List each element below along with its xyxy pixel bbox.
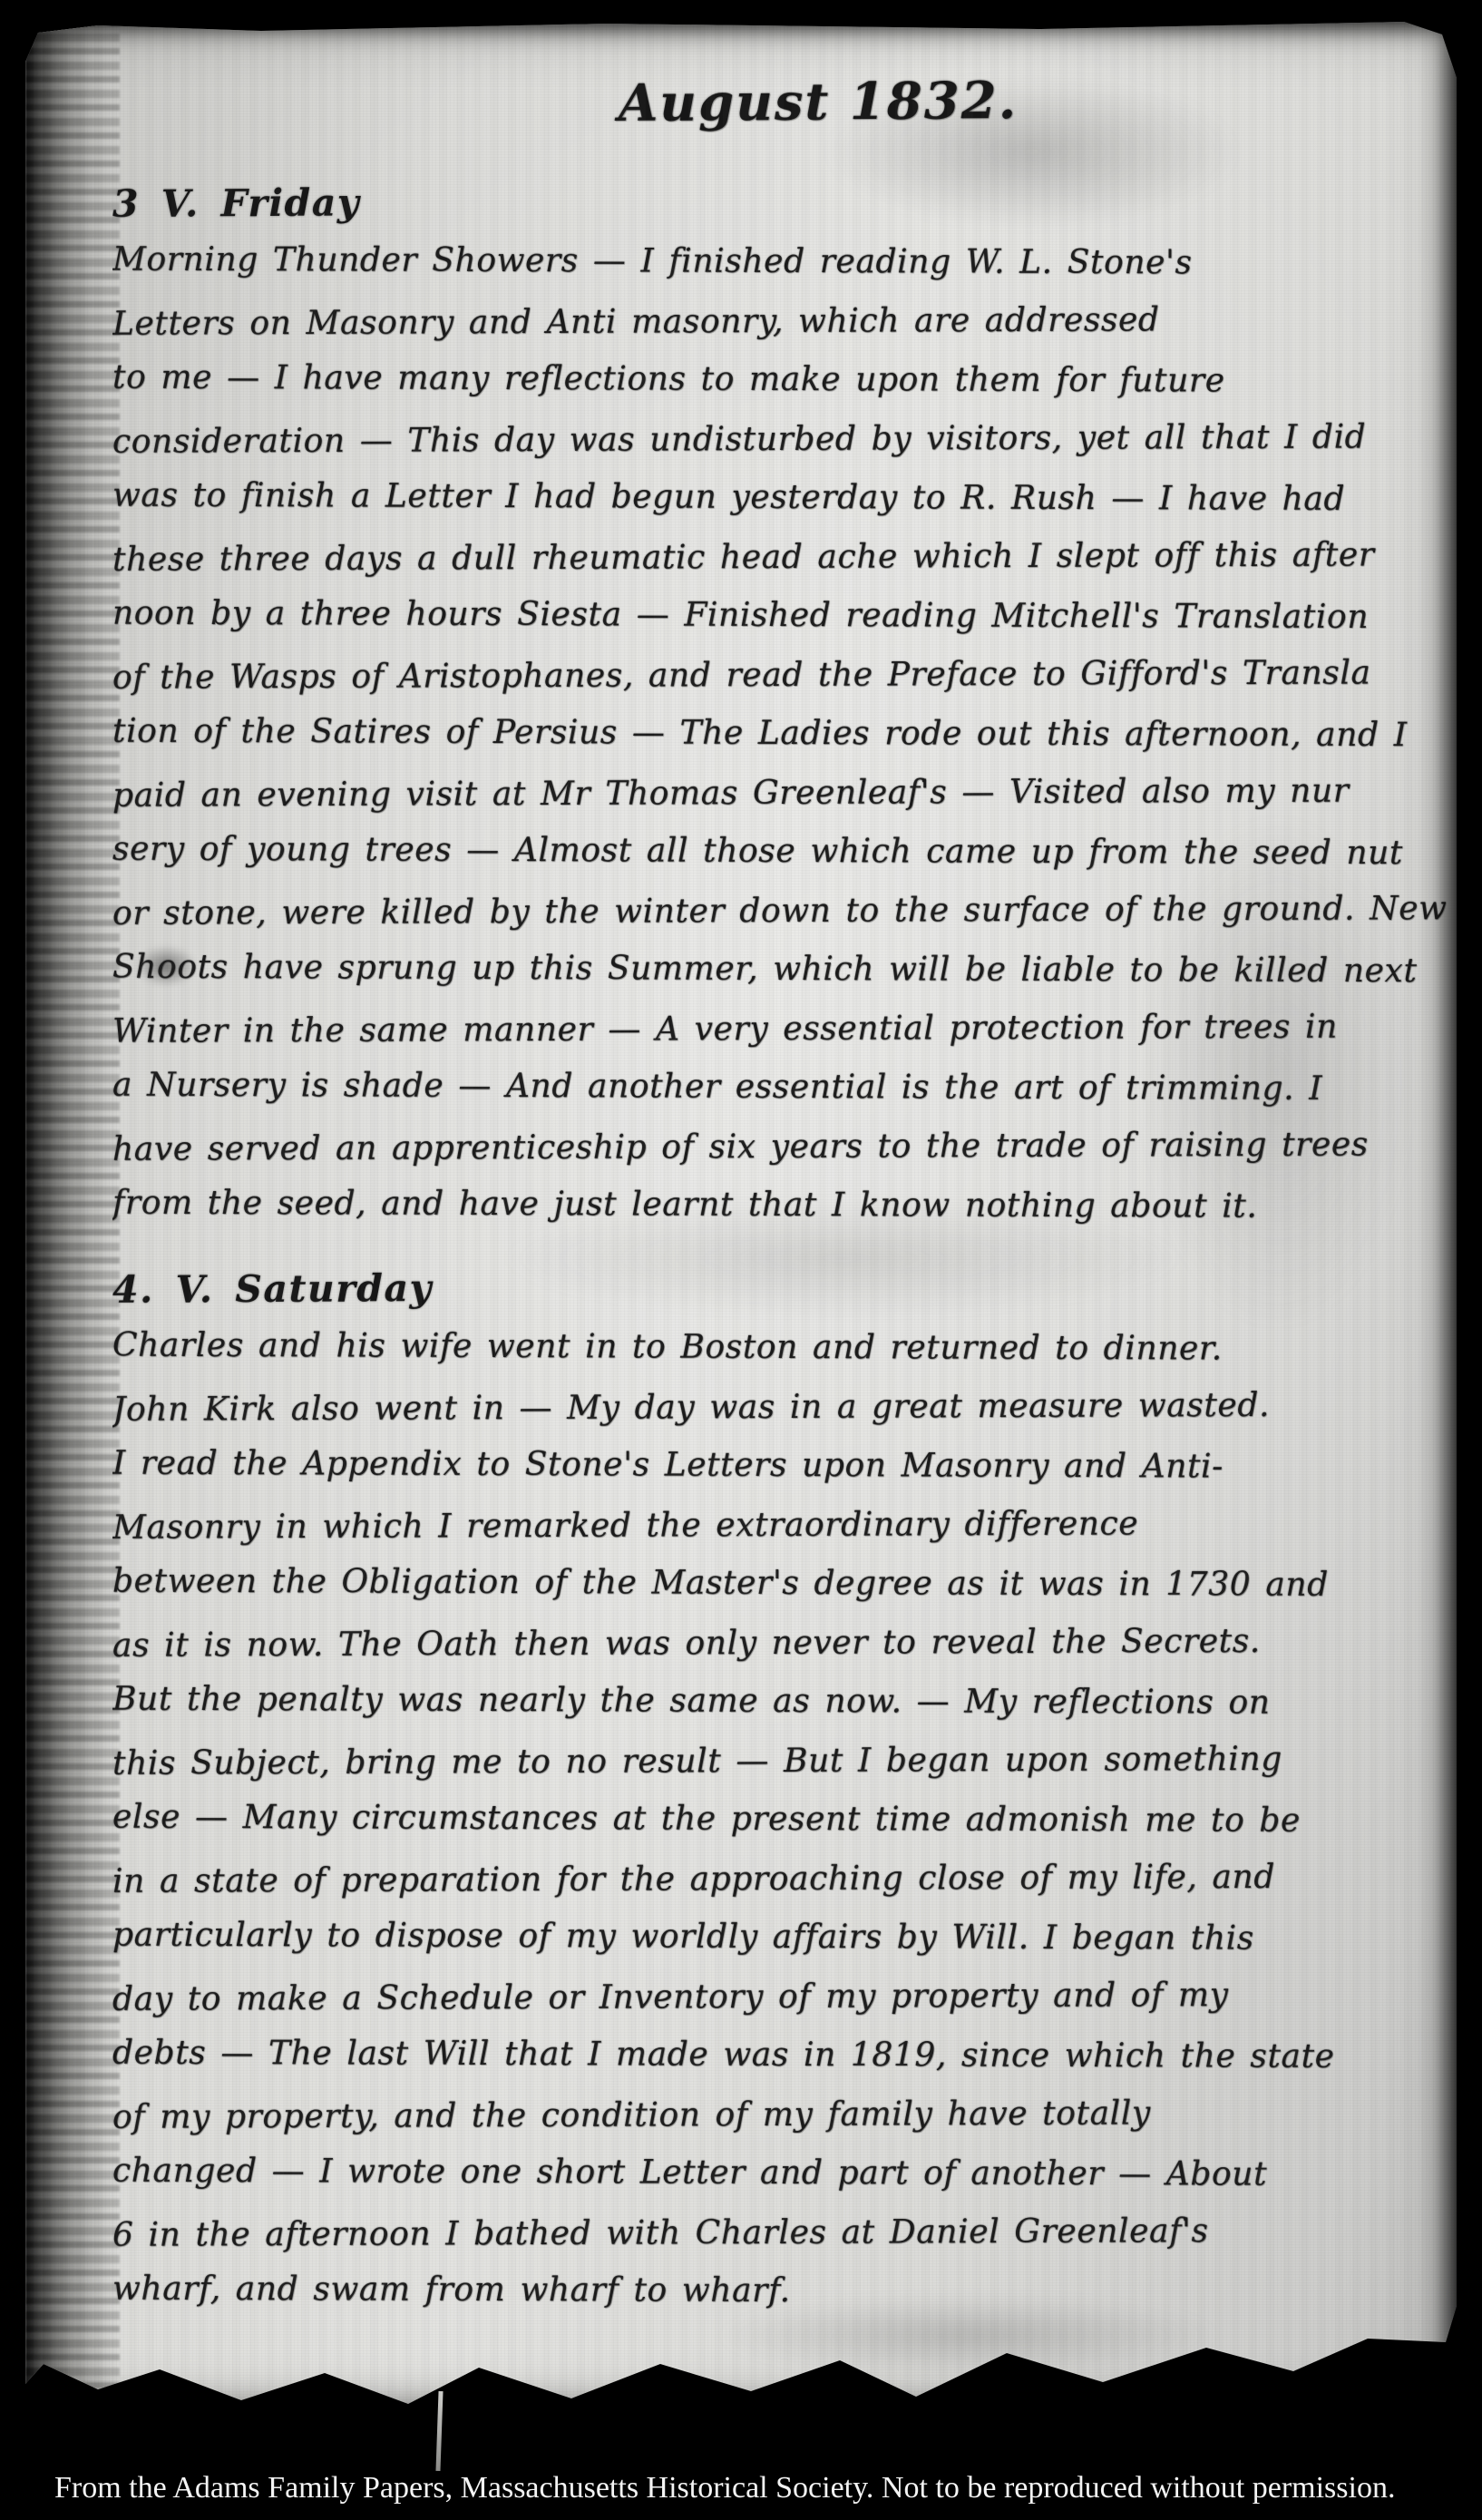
manuscript-line: tion of the Satires of Persius — The Lad… — [112, 702, 1457, 766]
manuscript-line: Masonry in which I remarked the extraord… — [112, 1493, 1457, 1558]
manuscript-line: paid an evening visit at Mr Thomas Green… — [112, 761, 1457, 825]
manuscript-line: in a state of preparation for the approa… — [112, 1847, 1457, 1911]
diary-entry: 4. V. SaturdayCharles and his wife went … — [112, 1258, 1457, 2320]
manuscript-line: day to make a Schedule or Inventory of m… — [112, 1965, 1457, 2029]
manuscript-line: consideration — This day was undisturbed… — [112, 407, 1457, 472]
entry-heading: 3 V. Friday — [112, 169, 1457, 232]
manuscript-line: these three days a dull rheumatic head a… — [112, 525, 1457, 590]
archive-credit-line: From the Adams Family Papers, Massachuse… — [54, 2469, 1464, 2507]
manuscript-line: Morning Thunder Showers — I finished rea… — [112, 230, 1457, 294]
entries: 3 V. FridayMorning Thunder Showers — I f… — [112, 172, 1457, 2320]
manuscript-line: Winter in the same manner — A very essen… — [112, 997, 1457, 1061]
binding-deckle-edge — [25, 20, 120, 2422]
manuscript-line: Letters on Masonry and Anti masonry, whi… — [112, 289, 1457, 354]
manuscript-line: John Kirk also went in — My day was in a… — [112, 1375, 1457, 1440]
manuscript-page: August 1832. 3 V. FridayMorning Thunder … — [25, 20, 1457, 2422]
scanned-image-frame: August 1832. 3 V. FridayMorning Thunder … — [0, 0, 1482, 2520]
manuscript-line: to me — I have many reflections to make … — [112, 348, 1457, 412]
manuscript-line: wharf, and swam from wharf to wharf. — [112, 2260, 1457, 2323]
paper-fiber — [435, 2391, 443, 2471]
manuscript-line: this Subject, bring me to no result — Bu… — [112, 1729, 1457, 1793]
manuscript-line: But the penalty was nearly the same as n… — [112, 1670, 1457, 1734]
manuscript-line: from the seed, and have just learnt that… — [112, 1174, 1457, 1237]
manuscript-line: sery of young trees — Almost all those w… — [112, 820, 1457, 884]
manuscript-line: Shoots have sprung up this Summer, which… — [112, 938, 1457, 1001]
manuscript-line: debts — The last Will that I made was in… — [112, 2024, 1457, 2087]
manuscript-line: changed — I wrote one short Letter and p… — [112, 2142, 1457, 2205]
manuscript-line: between the Obligation of the Master's d… — [112, 1552, 1457, 1616]
entry-heading: 4. V. Saturday — [112, 1255, 1457, 1318]
manuscript-line: I read the Appendix to Stone's Letters u… — [112, 1434, 1457, 1498]
manuscript-line: Charles and his wife went in to Boston a… — [112, 1316, 1457, 1380]
manuscript-line: noon by a three hours Siesta — Finished … — [112, 584, 1457, 648]
manuscript-line: of the Wasps of Aristophanes, and read t… — [112, 643, 1457, 708]
manuscript-line: a Nursery is shade — And another essenti… — [112, 1056, 1457, 1119]
manuscript-line: 6 in the afternoon I bathed with Charles… — [112, 2201, 1457, 2265]
manuscript-text: 3 V. FridayMorning Thunder Showers — I f… — [112, 20, 1457, 2422]
manuscript-line: or stone, were killed by the winter down… — [112, 879, 1457, 943]
manuscript-line: of my property, and the condition of my … — [112, 2083, 1457, 2147]
diary-entry: 3 V. FridayMorning Thunder Showers — I f… — [112, 172, 1457, 1235]
manuscript-line: was to finish a Letter I had begun yeste… — [112, 466, 1457, 530]
manuscript-line: else — Many circumstances at the present… — [112, 1788, 1457, 1851]
manuscript-line: have served an apprenticeship of six yea… — [112, 1115, 1457, 1179]
manuscript-line: as it is now. The Oath then was only nev… — [112, 1611, 1457, 1675]
manuscript-line: particularly to dispose of my worldly af… — [112, 1906, 1457, 1969]
